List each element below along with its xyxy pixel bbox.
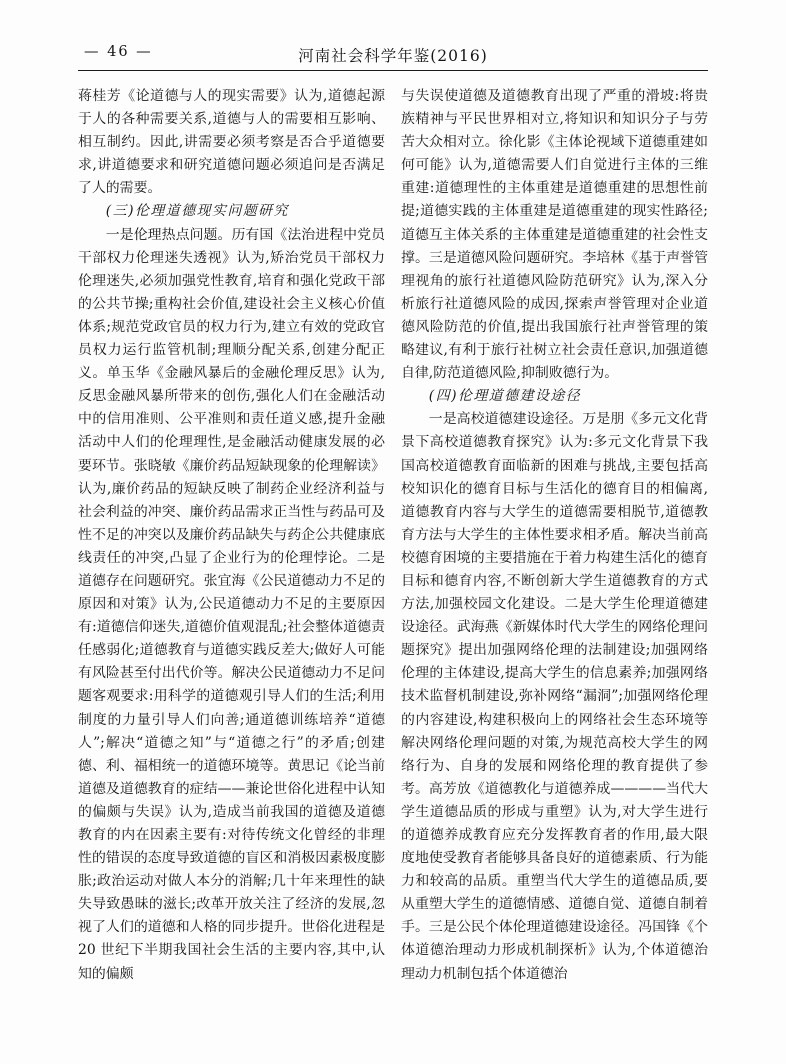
document-page: — 46 — 河南社会科学年鉴(2016) 蒋桂芳《论道德与人的现实需要》认为,… [0, 0, 786, 1064]
header-rule [78, 70, 708, 71]
section-heading: (三)伦理道德现实问题研究 [78, 200, 385, 223]
paragraph-continuation: 与失误使道德及道德教育出现了严重的滑坡:将贵族精神与平民世界相对立,将知识和知识… [401, 85, 708, 385]
paragraph-continuation: 蒋桂芳《论道德与人的现实需要》认为,道德起源于人的各种需要关系,道德与人的需要相… [78, 85, 385, 200]
paragraph: 一是伦理热点问题。历有国《法治进程中党员干部权力伦理迷失透视》认为,矫治党员干部… [78, 224, 385, 986]
left-column: 蒋桂芳《论道德与人的现实需要》认为,道德起源于人的各种需要关系,道德与人的需要相… [78, 85, 385, 986]
page-header: — 46 — 河南社会科学年鉴(2016) [78, 44, 708, 66]
paragraph: 一是高校道德建设途径。万是朋《多元文化背景下高校道德教育探究》认为:多元文化背景… [401, 408, 708, 985]
right-column: 与失误使道德及道德教育出现了严重的滑坡:将贵族精神与平民世界相对立,将知识和知识… [401, 85, 708, 986]
section-heading: (四)伦理道德建设途径 [401, 385, 708, 408]
header-title: 河南社会科学年鉴(2016) [78, 44, 708, 66]
text-columns: 蒋桂芳《论道德与人的现实需要》认为,道德起源于人的各种需要关系,道德与人的需要相… [78, 85, 708, 986]
